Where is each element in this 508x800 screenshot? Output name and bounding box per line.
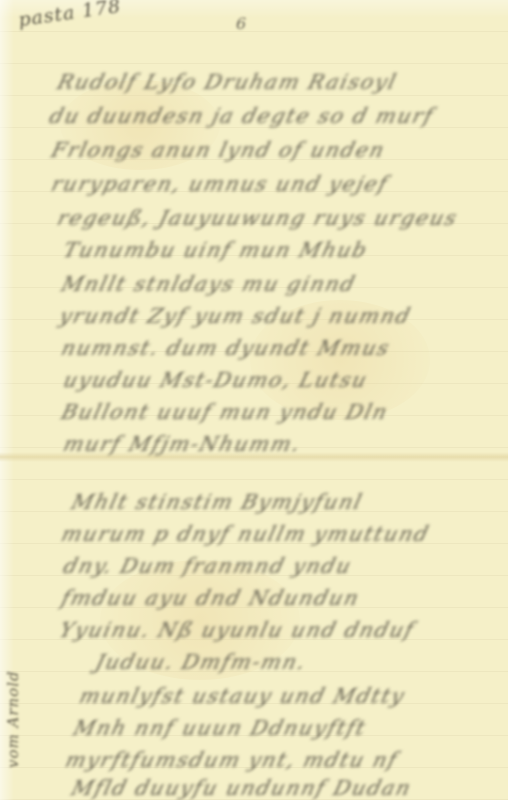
margin-annotation: vom Arnold xyxy=(4,670,22,768)
manuscript-line: yrundt Zyf yum sdut j numnd xyxy=(57,304,414,328)
manuscript-page: pasta 178 6 Rudolf Lyfo Druham Raisoyl d… xyxy=(0,0,508,800)
manuscript-line: Tunumbu uinf mun Mhub xyxy=(61,238,370,262)
manuscript-line: ruryparen, umnus und yejef xyxy=(49,172,391,196)
manuscript-line: numnst. dum dyundt Mmus xyxy=(59,336,393,360)
manuscript-line: Mnh nnf uuun Ddnuyftft xyxy=(71,716,369,740)
manuscript-line: Mfld duuyfu undunnf Dudan xyxy=(69,776,414,800)
manuscript-line: Rudolf Lyfo Druham Raisoyl xyxy=(55,70,400,94)
manuscript-line: Bullont uuuf mun yndu Dln xyxy=(59,400,391,424)
header-annotation: pasta 178 xyxy=(17,0,123,31)
manuscript-line: myrftfumsdum ynt, mdtu nf xyxy=(63,748,401,772)
manuscript-line: murf Mfjm-Nhumm. xyxy=(61,432,304,456)
manuscript-line: munlyfst ustauy und Mdtty xyxy=(77,684,408,708)
manuscript-line: uyuduu Mst-Dumo, Lutsu xyxy=(61,368,370,392)
manuscript-line: du duundesn ja degte so d murf xyxy=(47,104,437,128)
manuscript-line: Yyuinu. Nß uyunlu und dnduf xyxy=(57,618,417,642)
manuscript-line: Frlongs anun lynd of unden xyxy=(49,138,388,162)
manuscript-line: dny. Dum franmnd yndu xyxy=(61,554,355,578)
page-number: 6 xyxy=(236,14,246,33)
manuscript-line: fmduu ayu dnd Ndundun xyxy=(59,586,362,610)
manuscript-line: Mnllt stnldays mu ginnd xyxy=(59,272,359,296)
manuscript-line: Mhlt stinstim Bymjyfunl xyxy=(69,490,365,514)
manuscript-line: Juduu. Dmfm-mn. xyxy=(93,650,309,674)
manuscript-line: murum p dnyf nullm ymuttund xyxy=(59,522,432,546)
manuscript-line: regeuß, Jauyuuwung ruys urgeus xyxy=(55,206,460,230)
